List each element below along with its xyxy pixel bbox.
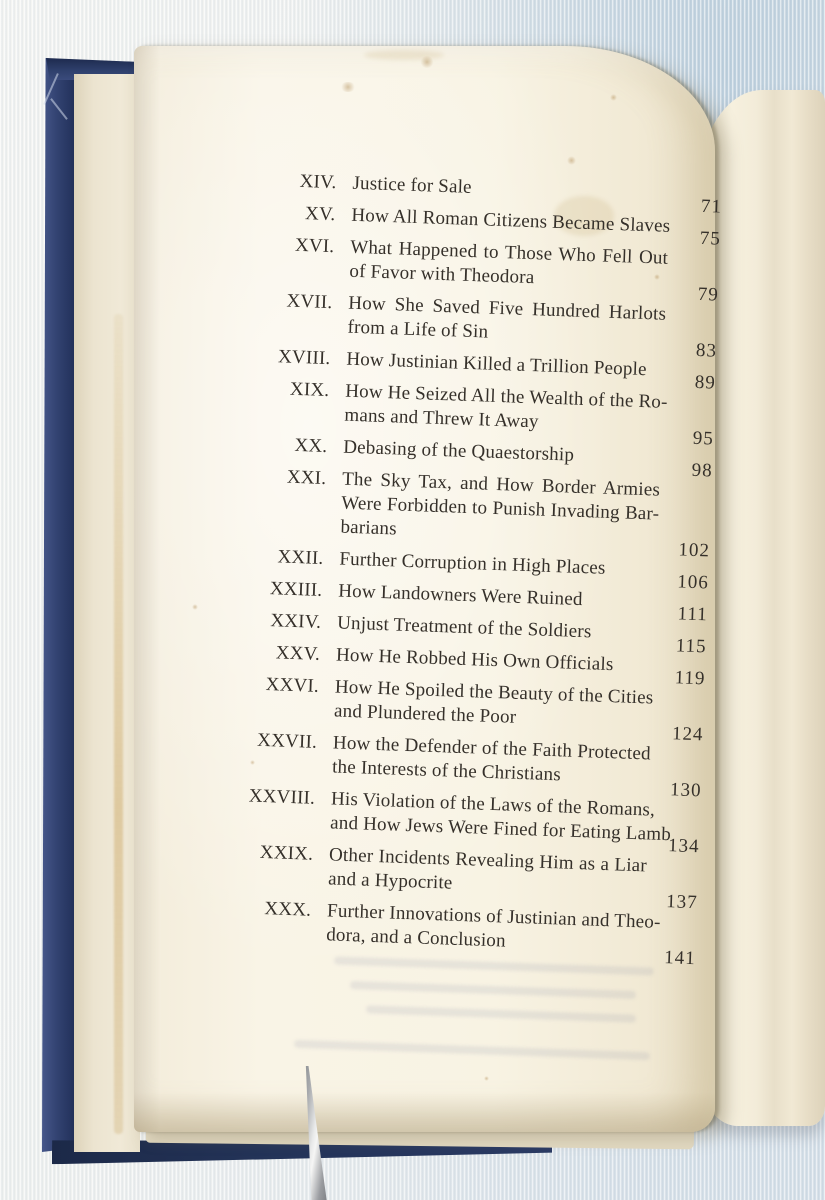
chapter-numeral: XXVII. — [224, 728, 334, 780]
chapter-page-number: 98 — [660, 458, 713, 484]
chapter-numeral: XXVI. — [226, 672, 336, 724]
chapter-title: How All Roman Citizens Became Slaves — [351, 204, 670, 239]
chapter-numeral: XVI. — [241, 232, 351, 284]
toc-entry: XXI.The Sky Tax, and How Border ArmiesWe… — [232, 464, 712, 553]
chapter-page-number: 83 — [664, 338, 717, 364]
toc-entry: XXX.Further Innovations of Justinian and… — [218, 896, 697, 961]
chapter-numeral: XX. — [235, 432, 344, 460]
showthrough-line — [366, 1005, 636, 1022]
chapter-numeral: XXV. — [228, 640, 337, 668]
page-bottom-shadow — [134, 1092, 715, 1132]
chapter-page-number: 115 — [654, 634, 707, 660]
chapter-numeral: XIV. — [244, 168, 353, 196]
chapter-numeral: XIX. — [236, 376, 346, 428]
chapter-title: Debasing of the Quaestorship — [343, 436, 662, 471]
chapter-numeral: XXX. — [218, 896, 328, 948]
chapter-title-line: Unjust Treatment of the Soldiers — [337, 612, 656, 647]
foxing-spot — [340, 82, 356, 92]
chapter-numeral: XXIX. — [220, 840, 330, 892]
book-photo-scene: XIV.Justice for Sale71XV.How All Roman C… — [0, 0, 825, 1200]
chapter-page-number: 111 — [655, 602, 708, 628]
chapter-title: Further Innovations of Justinian and The… — [326, 899, 645, 958]
chapter-page-number: 102 — [658, 538, 711, 564]
chapter-title: How He Seized All the Wealth of the Ro-m… — [344, 380, 663, 439]
chapter-numeral: XXVIII. — [222, 784, 332, 836]
endpaper-left — [74, 74, 140, 1152]
chapter-title-line: How Landowners Were Ruined — [338, 580, 657, 615]
chapter-title-line: Further Corruption in High Places — [339, 548, 658, 583]
chapter-page-number: 137 — [645, 889, 698, 915]
chapter-page-number: 71 — [670, 194, 723, 220]
foxing-spot — [567, 156, 576, 165]
foxing-smudge — [364, 50, 444, 60]
toc-entry: XXIX.Other Incidents Revealing Him as a … — [220, 840, 699, 905]
chapter-title: The Sky Tax, and How Border ArmiesWere F… — [340, 468, 660, 551]
toc-entry: XXVII.How the Defender of the Faith Prot… — [224, 728, 703, 793]
chapter-numeral: XXIII. — [230, 576, 339, 604]
chapter-page-number: 79 — [666, 282, 719, 308]
chapter-title: Justice for Sale — [352, 172, 671, 207]
showthrough-line — [350, 981, 636, 999]
chapter-numeral: XVIII. — [238, 344, 347, 372]
foxing-spot — [484, 1076, 489, 1081]
chapter-title-line: Debasing of the Quaestorship — [343, 436, 662, 471]
chapter-page-number: 124 — [651, 722, 704, 748]
chapter-title: What Happened to Those Who Fell Outof Fa… — [349, 236, 668, 295]
cover-left-edge — [42, 58, 78, 1152]
toc-entry: XVI.What Happened to Those Who Fell Outo… — [241, 232, 720, 297]
chapter-page-number: 119 — [653, 666, 706, 692]
chapter-page-number: 75 — [668, 226, 721, 252]
toc-entry: XVII.How She Saved Five Hundred Harlotsf… — [239, 288, 718, 353]
chapter-page-number: 130 — [649, 778, 702, 804]
toc-list: XIV.Justice for Sale71XV.How All Roman C… — [218, 168, 723, 960]
chapter-page-number: 89 — [663, 370, 716, 396]
chapter-numeral: XXI. — [232, 464, 342, 540]
foxing-spot — [610, 94, 617, 101]
chapter-title: Further Corruption in High Places — [339, 548, 658, 583]
toc-text-block: XIV.Justice for Sale71XV.How All Roman C… — [218, 168, 723, 968]
chapter-title-line: How Justinian Killed a Trillion People — [346, 348, 665, 383]
showthrough-line — [294, 1040, 650, 1060]
contents-page: XIV.Justice for Sale71XV.How All Roman C… — [134, 46, 715, 1132]
endpaper-stain-streak — [114, 314, 123, 1134]
chapter-title: How the Defender of the Faith Protectedt… — [332, 731, 651, 790]
toc-entry: XXVI.How He Spoiled the Beauty of the Ci… — [226, 672, 705, 737]
chapter-page-number: 134 — [647, 833, 700, 859]
chapter-title-line: How All Roman Citizens Became Slaves — [351, 204, 670, 239]
chapter-title: How She Saved Five Hundred Harlotsfrom a… — [347, 292, 666, 351]
chapter-title: Other Incidents Revealing Him as a Liara… — [328, 843, 647, 902]
chapter-page-number: 141 — [643, 945, 696, 971]
chapter-title: His Violation of the Laws of the Romans,… — [330, 787, 649, 846]
chapter-numeral: XVII. — [239, 288, 349, 340]
chapter-page-number: 106 — [656, 570, 709, 596]
chapter-page-number: 95 — [661, 426, 714, 452]
chapter-title-line: Justice for Sale — [352, 172, 671, 207]
chapter-numeral: XV. — [243, 200, 352, 228]
gutter-shadow — [134, 46, 160, 1132]
foxing-spot — [192, 604, 198, 610]
chapter-title: Unjust Treatment of the Soldiers — [337, 612, 656, 647]
chapter-title: How Justinian Killed a Trillion People — [346, 348, 665, 383]
chapter-title: How Landowners Were Ruined — [338, 580, 657, 615]
toc-entry: XIX.How He Seized All the Wealth of the … — [236, 376, 715, 441]
toc-entry: XXVIII.His Violation of the Laws of the … — [222, 784, 701, 849]
chapter-title: How He Spoiled the Beauty of the Citiesa… — [334, 675, 653, 734]
chapter-numeral: XXIV. — [229, 608, 338, 636]
chapter-title: How He Robbed His Own Officials — [336, 643, 655, 678]
chapter-numeral: XXII. — [231, 544, 340, 572]
chapter-title-line: How He Robbed His Own Officials — [336, 643, 655, 678]
